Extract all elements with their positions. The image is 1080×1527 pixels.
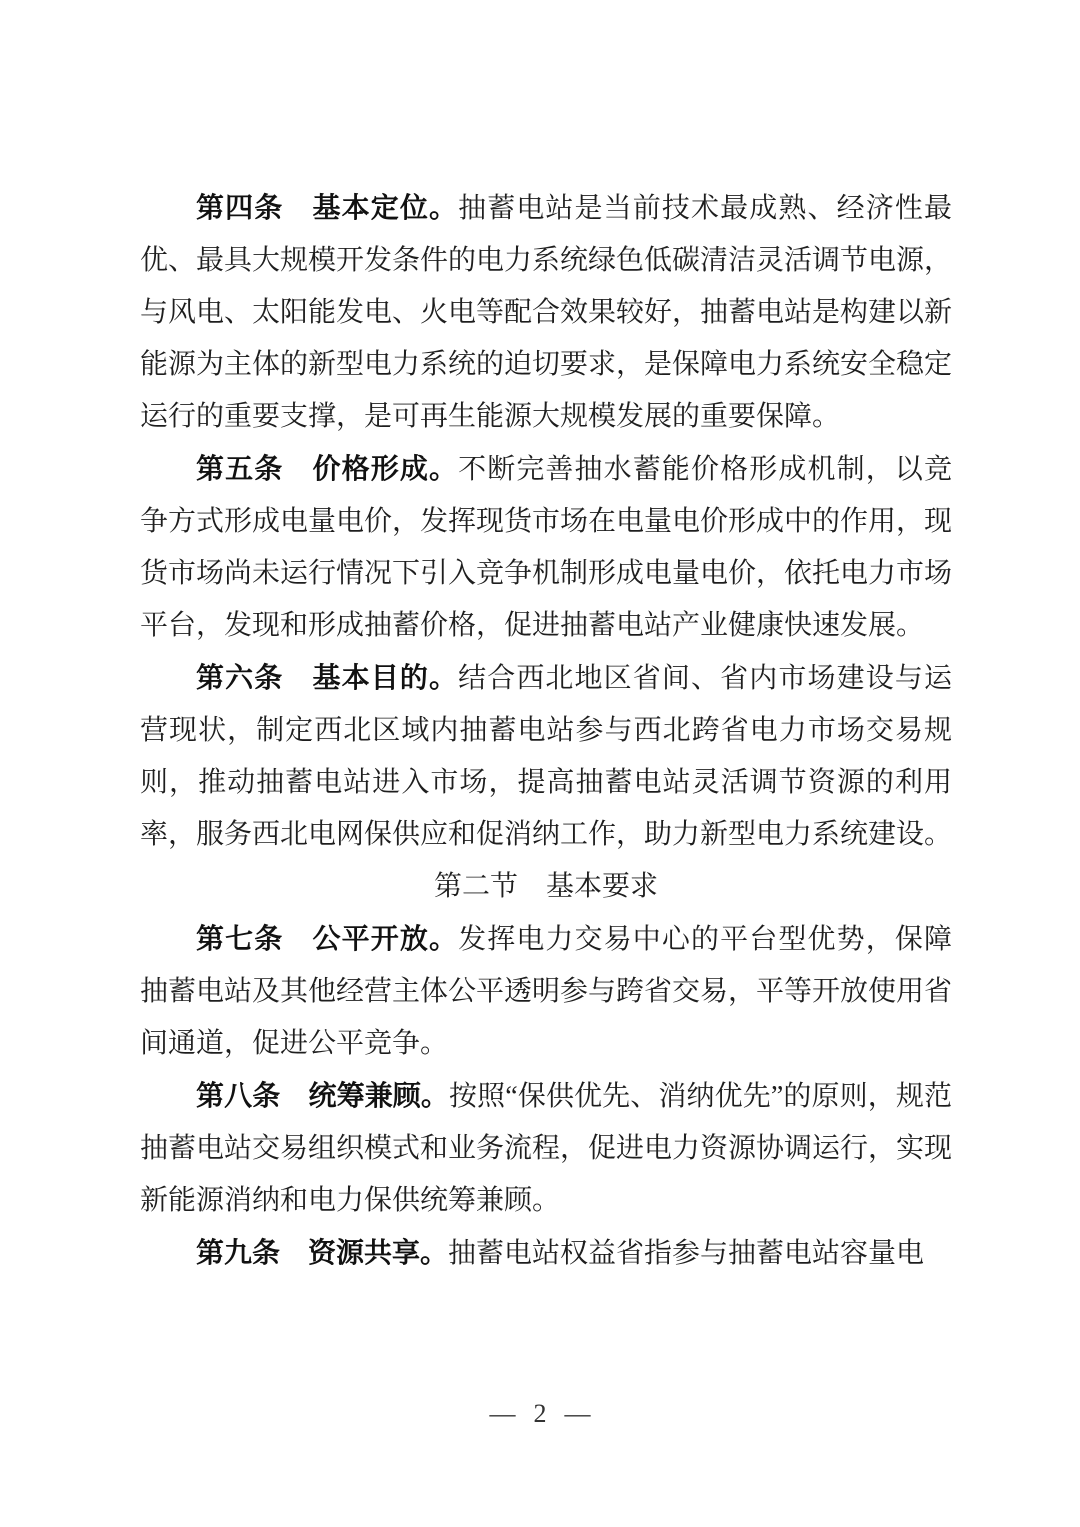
article-paragraph-4: 第四条 基本定位。抽蓄电站是当前技术最成熟、经济性最优、最具大规模开发条件的电力… [140,182,952,443]
article-4-heading: 第四条 基本定位。 [196,192,458,223]
document-page: 第四条 基本定位。抽蓄电站是当前技术最成熟、经济性最优、最具大规模开发条件的电力… [0,0,1080,1527]
document-content: 第四条 基本定位。抽蓄电站是当前技术最成熟、经济性最优、最具大规模开发条件的电力… [140,182,952,1280]
article-paragraph-9: 第九条 资源共享。抽蓄电站权益省指参与抽蓄电站容量电 [140,1227,952,1280]
footer-left-dash: — [490,1399,516,1429]
article-8-heading: 第八条 统筹兼顾。 [196,1080,449,1111]
page-footer: —2— [0,1399,1080,1429]
footer-right-dash: — [565,1399,591,1429]
article-6-heading: 第六条 基本目的。 [196,662,458,693]
article-7-heading: 第七条 公平开放。 [196,923,458,954]
article-9-body: 抽蓄电站权益省指参与抽蓄电站容量电 [448,1238,924,1269]
section-heading: 第二节 基本要求 [140,861,952,913]
article-4-body: 抽蓄电站是当前技术最成熟、经济性最优、最具大规模开发条件的电力系统绿色低碳清洁灵… [140,193,952,432]
article-9-heading: 第九条 资源共享。 [196,1237,448,1268]
article-paragraph-5: 第五条 价格形成。不断完善抽水蓄能价格形成机制，以竞争方式形成电量电价，发挥现货… [140,443,952,652]
article-5-heading: 第五条 价格形成。 [196,453,458,484]
article-paragraph-8: 第八条 统筹兼顾。按照“保供优先、消纳优先”的原则，规范抽蓄电站交易组织模式和业… [140,1070,952,1227]
article-paragraph-6: 第六条 基本目的。结合西北地区省间、省内市场建设与运营现状，制定西北区域内抽蓄电… [140,652,952,861]
page-number: 2 [534,1399,547,1429]
article-paragraph-7: 第七条 公平开放。发挥电力交易中心的平台型优势，保障抽蓄电站及其他经营主体公平透… [140,913,952,1070]
